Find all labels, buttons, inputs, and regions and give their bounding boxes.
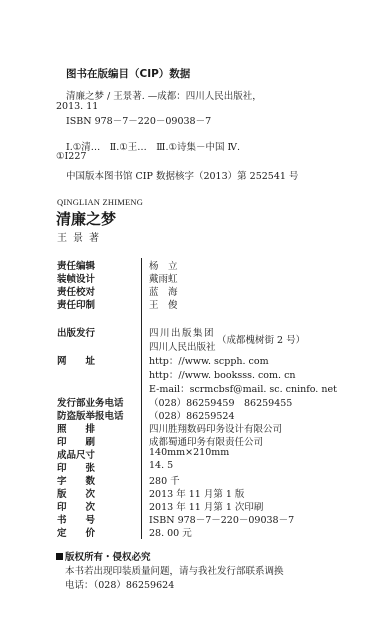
quality-notice: 本书若出现印装质量问题，请与我社发行部联系调换 — [65, 563, 284, 577]
book-author: 王景著 — [57, 229, 105, 244]
label-char: 价 — [85, 525, 95, 539]
detail-value: 四川胜翔数码印务设计有限公司 — [149, 421, 282, 435]
detail-label: 成品尺寸 — [57, 447, 95, 461]
detail-label: 印张 — [57, 460, 95, 474]
detail-label: 印刷 — [57, 434, 95, 448]
credit-label: 责任校对 — [57, 284, 95, 298]
detail-label: 印次 — [57, 499, 95, 513]
label-char: 印 — [57, 460, 67, 474]
publisher-address: （成都槐树街 2 号） — [217, 332, 305, 346]
publisher-press: 四川人民出版社 — [149, 339, 216, 353]
label-char: 数 — [85, 473, 95, 487]
label-char: 排 — [85, 421, 95, 435]
detail-value: ISBN 978－7－220－09038－7 — [149, 512, 294, 526]
cip-line-5: ①I227 — [56, 151, 86, 162]
credit-value: 王 俊 — [149, 297, 178, 311]
web-label-a: 网 — [57, 353, 67, 367]
label-char: 张 — [85, 460, 95, 474]
cip-heading: 图书在版编目（CIP）数据 — [66, 66, 190, 81]
credit-label: 责任编辑 — [57, 258, 95, 272]
detail-label: 字数 — [57, 473, 95, 487]
detail-value: 2013 年 11 月第 1 次印刷 — [149, 499, 263, 513]
book-title: 清廉之梦 — [56, 208, 116, 229]
square-bullet-icon — [56, 553, 63, 560]
detail-label: 书号 — [57, 512, 95, 526]
cip-line-4: Ⅰ.①清… Ⅱ.①王… Ⅲ.①诗集－中国 Ⅳ. — [66, 139, 240, 153]
cip-line-3: ISBN 978－7－220－09038－7 — [66, 113, 211, 127]
website-link-1[interactable]: http：//www. scpph. com — [149, 353, 269, 367]
detail-value: 28. 00 元 — [149, 525, 192, 539]
column-divider — [141, 258, 142, 539]
publisher-label: 出版发行 — [57, 325, 95, 339]
web-label-b: 址 — [85, 353, 95, 367]
detail-label: 防盗版举报电话 — [57, 408, 124, 422]
detail-label: 版次 — [57, 486, 95, 500]
credit-label: 装帧设计 — [57, 271, 95, 285]
detail-label: 照排 — [57, 421, 95, 435]
label-char: 版 — [57, 486, 67, 500]
detail-value: （028）86259524 — [149, 408, 235, 422]
rights-text: 版权所有・侵权必究 — [65, 552, 151, 563]
detail-label: 定价 — [57, 525, 95, 539]
credit-value: 蓝 海 — [149, 284, 178, 298]
website-link-2[interactable]: http：//www. booksss. com. cn — [149, 367, 296, 381]
contact-phone: 电话：（028）86259624 — [65, 577, 174, 591]
detail-value: 2013 年 11 月第 1 版 — [149, 486, 244, 500]
credit-value: 戴雨虹 — [149, 271, 178, 285]
label-char: 字 — [57, 473, 67, 487]
label-char: 照 — [57, 421, 67, 435]
detail-value: 140mm×210mm — [149, 447, 229, 458]
detail-value: 14. 5 — [149, 460, 173, 471]
label-char: 定 — [57, 525, 67, 539]
credit-value: 杨 立 — [149, 258, 178, 272]
label-char: 刷 — [85, 434, 95, 448]
publisher-group: 四川出版集团 — [149, 325, 215, 339]
rights-notice: 版权所有・侵权必究 — [56, 549, 151, 563]
cip-line-2: 2013. 11 — [56, 101, 98, 112]
label-char: 次 — [85, 486, 95, 500]
label-char: 次 — [85, 499, 95, 513]
cip-line-6: 中国版本图书馆 CIP 数据核字（2013）第 252541 号 — [66, 168, 298, 182]
cip-line-1: 清廉之梦 / 王景著. —成都：四川人民出版社， — [66, 88, 262, 102]
detail-label: 发行部业务电话 — [57, 395, 124, 409]
credit-label: 责任印制 — [57, 297, 95, 311]
label-char: 印 — [57, 499, 67, 513]
web-label: 网 址 — [57, 353, 95, 367]
email-link[interactable]: E-mail：scrmcbsf@mail. sc. cninfo. net — [149, 381, 337, 395]
detail-value: 成都蜀通印务有限责任公司 — [149, 434, 263, 448]
label-char: 印 — [57, 434, 67, 448]
book-title-pinyin: QINGLIAN ZHIMENG — [57, 197, 143, 207]
label-char: 书 — [57, 512, 67, 526]
label-char: 号 — [85, 512, 95, 526]
detail-value: （028）86259459 86259455 — [149, 395, 292, 409]
detail-value: 280 千 — [149, 473, 180, 487]
